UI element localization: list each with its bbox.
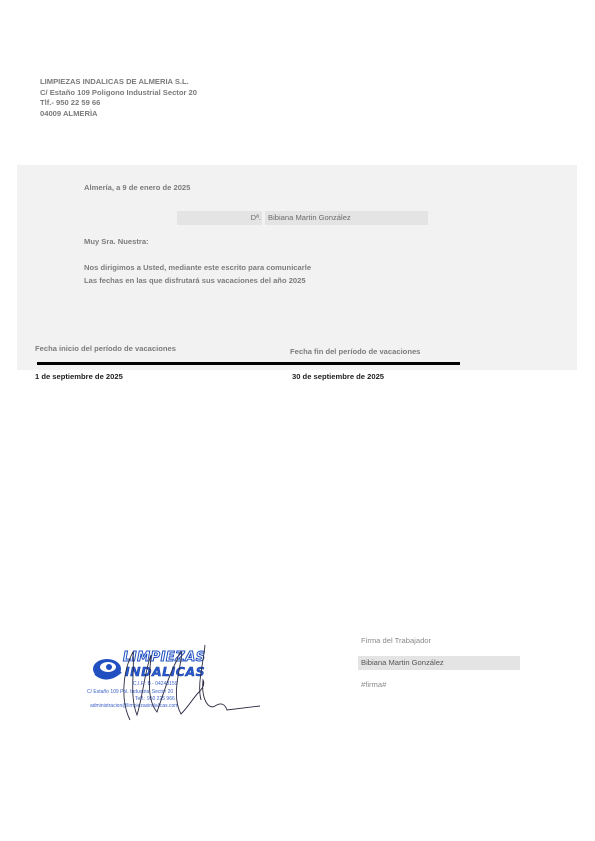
divider-rule — [37, 362, 460, 365]
company-city: 04009 ALMERÌA — [40, 109, 197, 120]
salutation-prefix: Dª. — [177, 211, 261, 225]
greeting: Muy Sra. Nuestra: — [84, 237, 149, 247]
recipient-name: Bibiana Martin González — [268, 211, 351, 225]
signature-placeholder[interactable]: #firma# — [361, 680, 386, 690]
worker-name: Bibiana Martin González — [361, 656, 444, 670]
handwritten-signature-icon — [85, 640, 260, 730]
signature-label: Firma del Trabajador — [361, 636, 431, 646]
body-line-2: Las fechas en las que disfrutará sus vac… — [84, 276, 306, 286]
vacation-end-label: Fecha fin del período de vacaciones — [290, 347, 420, 357]
company-header: LIMPIEZAS INDALICAS DE ALMERIA S.L. C/ E… — [40, 77, 197, 119]
vacation-start-label: Fecha inicio del período de vacaciones — [35, 344, 176, 354]
vacation-start-value: 1 de septiembre de 2025 — [35, 372, 123, 382]
vacation-end-value: 30 de septiembre de 2025 — [292, 372, 384, 382]
company-phone: Tlf.- 950 22 59 66 — [40, 98, 197, 109]
company-name: LIMPIEZAS INDALICAS DE ALMERIA S.L. — [40, 77, 197, 88]
place-date: Almería, a 9 de enero de 2025 — [84, 183, 190, 193]
vacation-notice-page: LIMPIEZAS INDALICAS DE ALMERIA S.L. C/ E… — [0, 0, 595, 841]
body-line-1: Nos dirigimos a Usted, mediante este esc… — [84, 263, 311, 273]
company-address: C/ Estaño 109 Poligono Industrial Sector… — [40, 88, 197, 99]
company-stamp: LIMPIEZAS INDALICAS C.I.F.: B - 04248159… — [85, 640, 260, 730]
